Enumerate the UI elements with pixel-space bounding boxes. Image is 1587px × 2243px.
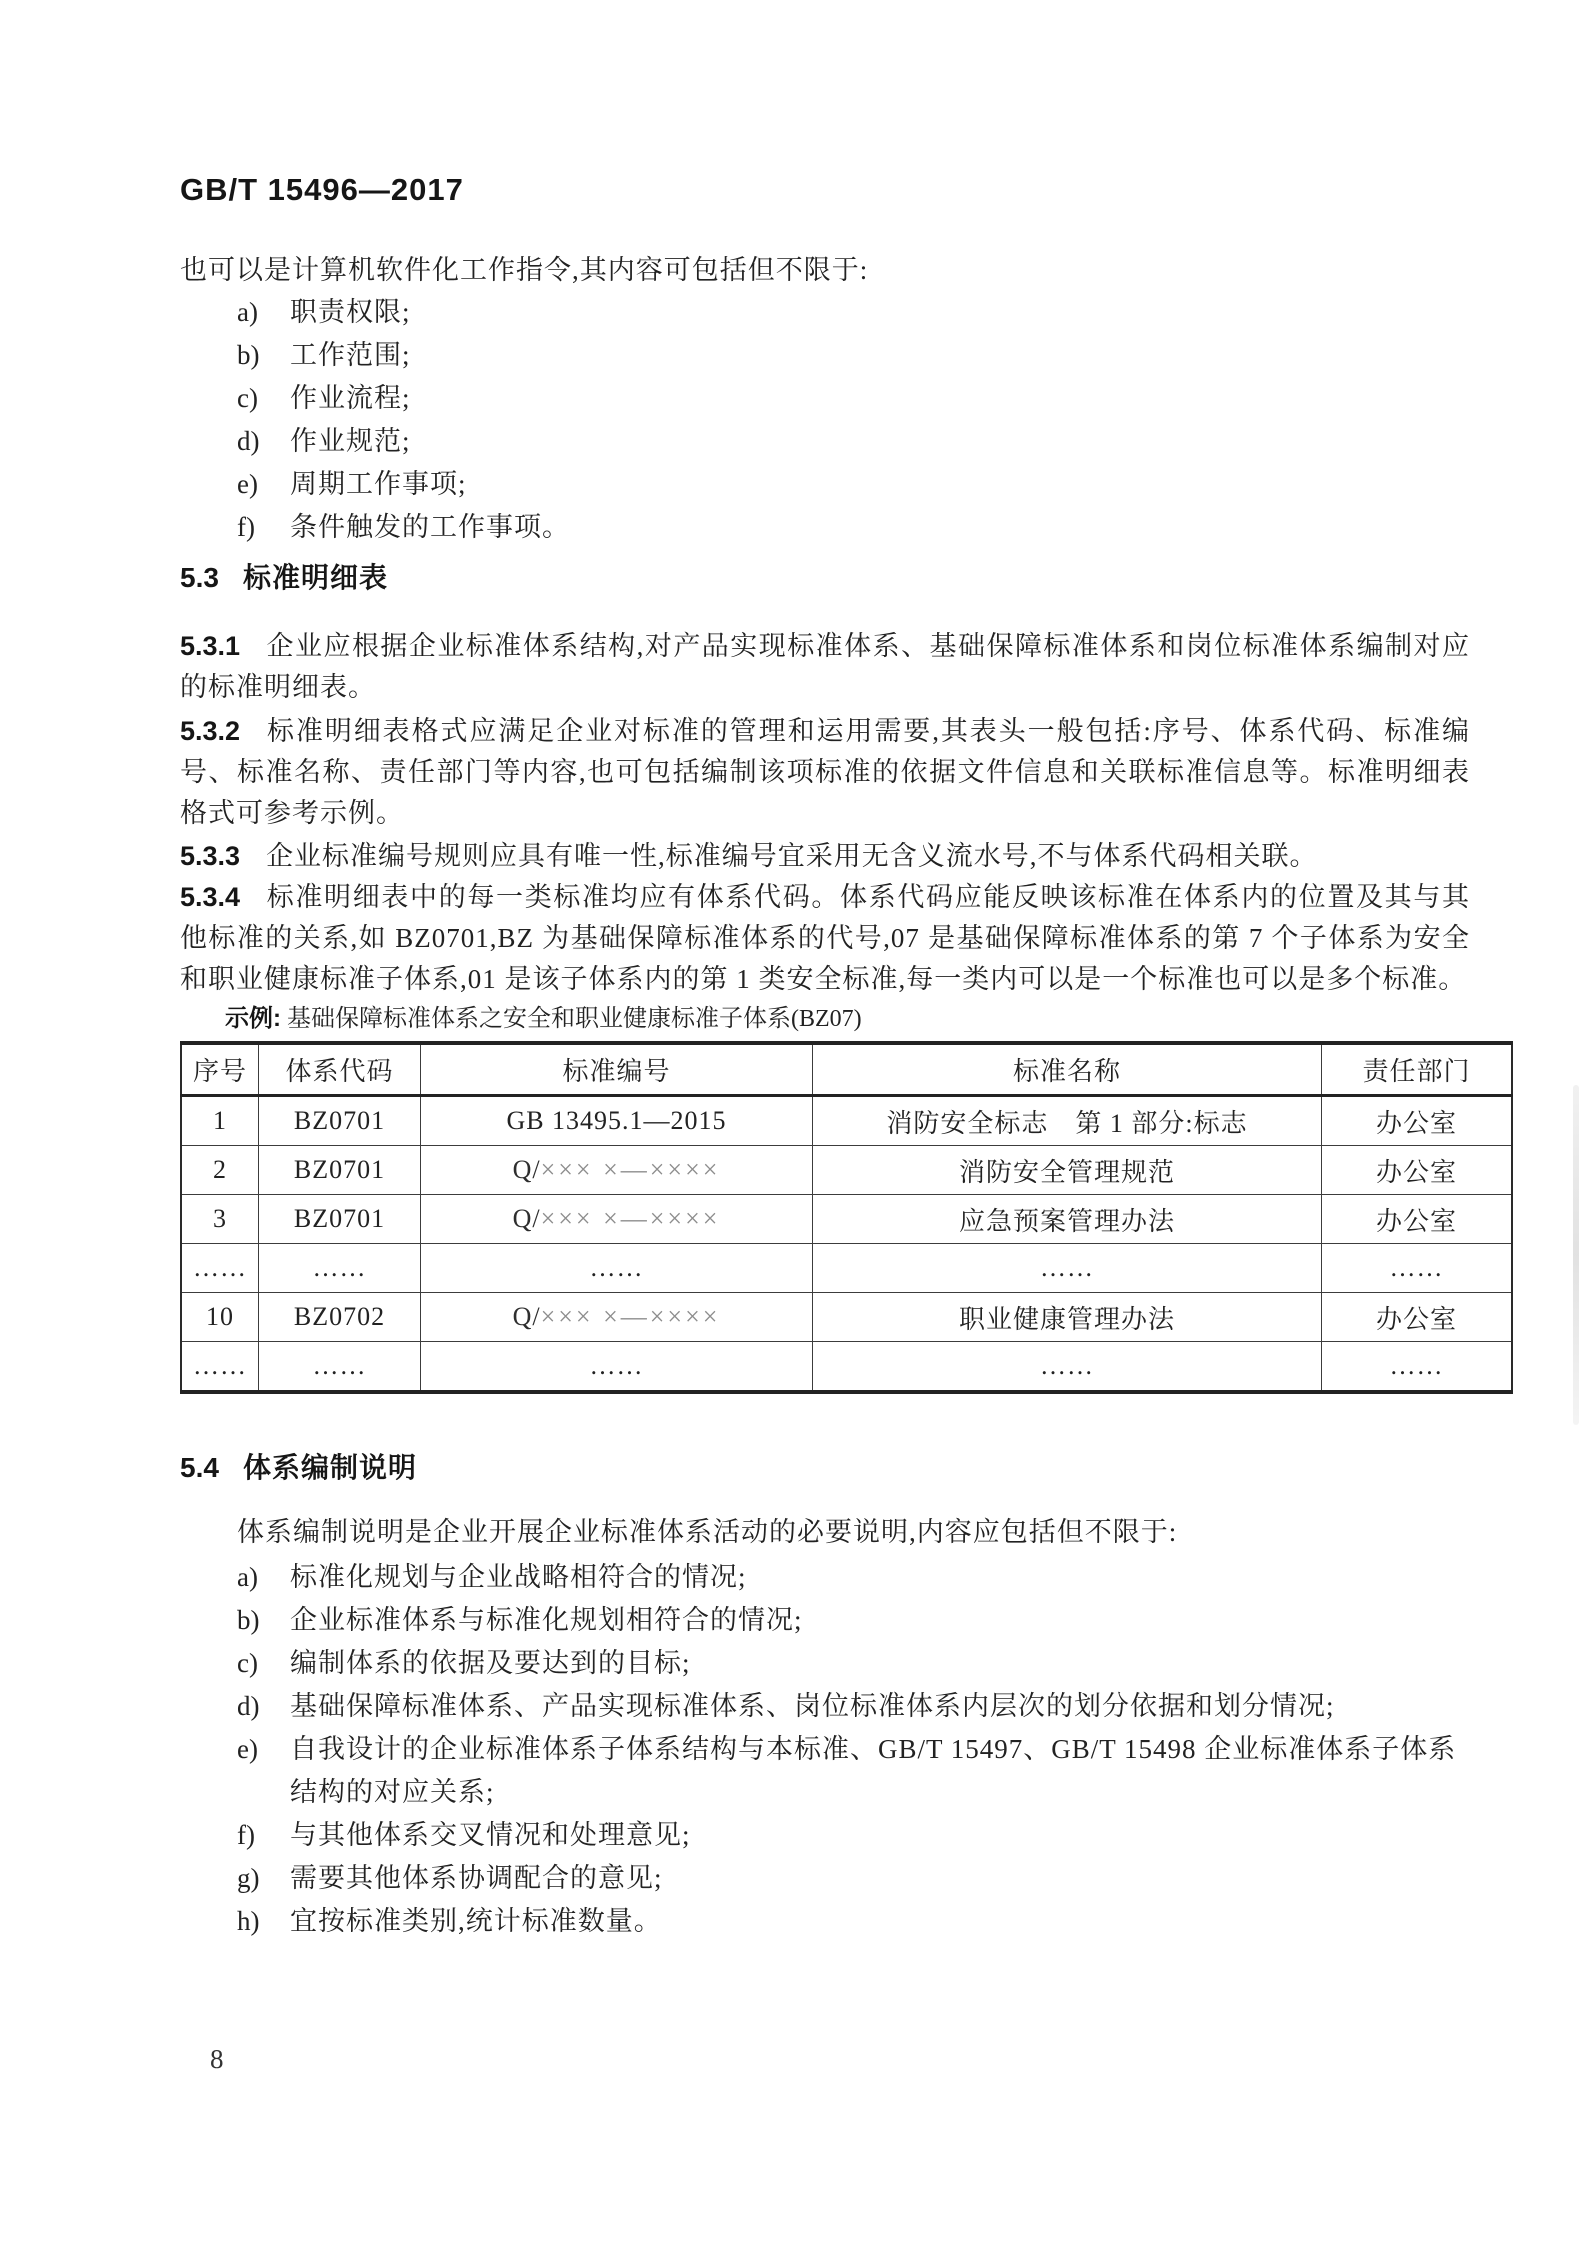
list-item-text: 周期工作事项; [290, 469, 467, 499]
system-description-item: f)与其他体系交叉情况和处理意见; [180, 1814, 1470, 1857]
list-item-text: 标准化规划与企业战略相符合的情况; [290, 1562, 747, 1592]
code-placeholder: ××× ×—×××× [541, 1155, 721, 1184]
section-5-4-intro: 体系编制说明是企业开展企业标准体系活动的必要说明,内容应包括但不限于: [180, 1512, 1470, 1553]
column-header: 标准名称 [813, 1043, 1322, 1096]
list-item-text: 需要其他体系协调配合的意见; [290, 1863, 663, 1893]
work-instruction-item: a)职责权限; [180, 291, 1470, 334]
list-item-label: a) [237, 291, 287, 334]
list-item-label: b) [237, 334, 287, 377]
table-cell: Q/××× ×—×××× [421, 1195, 813, 1244]
list-item-label: d) [237, 420, 287, 463]
list-item-text: 条件触发的工作事项。 [290, 512, 570, 542]
list-item-text: 工作范围; [290, 340, 411, 370]
table-cell: BZ0701 [259, 1195, 421, 1244]
section-5-3-heading: 5.3标准明细表 [180, 562, 1470, 594]
document-page: GB/T 15496—2017 也可以是计算机软件化工作指令,其内容可包括但不限… [0, 0, 1587, 2243]
table-cell: Q/××× ×—×××× [421, 1146, 813, 1195]
example-label: 示例: [225, 1005, 287, 1032]
clause-text: 企业标准编号规则应具有唯一性,标准编号宜采用无含义流水号,不与体系代码相关联。 [266, 841, 1318, 871]
work-instruction-item: e)周期工作事项; [180, 463, 1470, 506]
table-cell: …… [181, 1244, 259, 1293]
system-description-item: d)基础保障标准体系、产品实现标准体系、岗位标准体系内层次的划分依据和划分情况; [180, 1685, 1470, 1728]
list-item-text: 企业标准体系与标准化规划相符合的情况; [290, 1605, 803, 1635]
table-cell: …… [1322, 1342, 1513, 1393]
clause-number: 5.3.2 [180, 716, 266, 746]
table-cell: 3 [181, 1195, 259, 1244]
clause-5-3-3: 5.3.3企业标准编号规则应具有唯一性,标准编号宜采用无含义流水号,不与体系代码… [180, 836, 1470, 877]
clause-number: 5.3.1 [180, 631, 266, 661]
table-cell: 办公室 [1322, 1195, 1513, 1244]
table-cell: …… [421, 1244, 813, 1293]
column-header: 标准编号 [421, 1043, 813, 1096]
list-item-text: 作业流程; [290, 383, 411, 413]
list-item-text: 编制体系的依据及要达到的目标; [290, 1648, 691, 1678]
section-5-4-heading: 5.4体系编制说明 [180, 1452, 1470, 1484]
standard-detail-table: 序号体系代码标准编号标准名称责任部门 1BZ0701GB 13495.1—201… [180, 1041, 1513, 1394]
system-description-list: a)标准化规划与企业战略相符合的情况;b)企业标准体系与标准化规划相符合的情况;… [180, 1556, 1470, 1943]
section-number: 5.4 [180, 1452, 243, 1483]
column-header: 责任部门 [1322, 1043, 1513, 1096]
code-placeholder: ××× ×—×××× [541, 1302, 721, 1331]
system-description-item: g)需要其他体系协调配合的意见; [180, 1857, 1470, 1900]
table-cell: 应急预案管理办法 [813, 1195, 1322, 1244]
code-prefix: Q/ [513, 1155, 541, 1184]
list-item-label: c) [237, 377, 287, 420]
system-description-item: a)标准化规划与企业战略相符合的情况; [180, 1556, 1470, 1599]
list-item-label: g) [237, 1857, 287, 1900]
page-number: 8 [210, 2044, 224, 2074]
list-item-label: a) [237, 1556, 287, 1599]
list-item-text: 与其他体系交叉情况和处理意见; [290, 1820, 691, 1850]
table-cell: …… [181, 1342, 259, 1393]
section-title: 标准明细表 [243, 562, 388, 593]
clause-5-3-4: 5.3.4标准明细表中的每一类标准均应有体系代码。体系代码应能反映该标准在体系内… [180, 877, 1470, 1000]
table-cell: BZ0701 [259, 1096, 421, 1146]
code-prefix: Q/ [513, 1302, 541, 1331]
clause-text: 企业应根据企业标准体系结构,对产品实现标准体系、基础保障标准体系和岗位标准体系编… [180, 631, 1470, 702]
page-content: GB/T 15496—2017 也可以是计算机软件化工作指令,其内容可包括但不限… [180, 0, 1470, 1943]
clause-5-3-2: 5.3.2标准明细表格式应满足企业对标准的管理和运用需要,其表头一般包括:序号、… [180, 711, 1470, 834]
table-header: 序号体系代码标准编号标准名称责任部门 [181, 1043, 1512, 1096]
table-cell: 办公室 [1322, 1293, 1513, 1342]
standard-number-header: GB/T 15496—2017 [180, 174, 1470, 206]
list-item-label: d) [237, 1685, 287, 1728]
list-item-text: 基础保障标准体系、产品实现标准体系、岗位标准体系内层次的划分依据和划分情况; [290, 1691, 1335, 1721]
work-instruction-list: a)职责权限;b)工作范围;c)作业流程;d)作业规范;e)周期工作事项;f)条… [180, 291, 1470, 549]
table-cell: BZ0701 [259, 1146, 421, 1195]
table-row: ………………………… [181, 1342, 1512, 1393]
clause-text: 标准明细表格式应满足企业对标准的管理和运用需要,其表头一般包括:序号、体系代码、… [180, 716, 1470, 828]
table-row: ………………………… [181, 1244, 1512, 1293]
list-item-text: 职责权限; [290, 297, 411, 327]
clause-text: 标准明细表中的每一类标准均应有体系代码。体系代码应能反映该标准在体系内的位置及其… [180, 882, 1470, 994]
table-cell: 1 [181, 1096, 259, 1146]
table-cell: GB 13495.1—2015 [421, 1096, 813, 1146]
table-row: 2BZ0701Q/××× ×—××××消防安全管理规范办公室 [181, 1146, 1512, 1195]
table-row: 10BZ0702Q/××× ×—××××职业健康管理办法办公室 [181, 1293, 1512, 1342]
table-cell: …… [813, 1244, 1322, 1293]
clause-5-3-1: 5.3.1企业应根据企业标准体系结构,对产品实现标准体系、基础保障标准体系和岗位… [180, 626, 1470, 708]
clause-number: 5.3.4 [180, 882, 266, 912]
table-cell: …… [1322, 1244, 1513, 1293]
table-cell: …… [813, 1342, 1322, 1393]
list-item-text: 宜按标准类别,统计标准数量。 [290, 1906, 662, 1936]
table-cell: 2 [181, 1146, 259, 1195]
table-row: 3BZ0701Q/××× ×—××××应急预案管理办法办公室 [181, 1195, 1512, 1244]
table-cell: 消防安全管理规范 [813, 1146, 1322, 1195]
table-cell: 职业健康管理办法 [813, 1293, 1322, 1342]
list-item-label: e) [237, 1728, 287, 1771]
section-number: 5.3 [180, 562, 243, 593]
system-description-item: c)编制体系的依据及要达到的目标; [180, 1642, 1470, 1685]
list-item-label: f) [237, 1814, 287, 1857]
list-item-label: f) [237, 506, 287, 549]
work-instruction-item: d)作业规范; [180, 420, 1470, 463]
table-cell: Q/××× ×—×××× [421, 1293, 813, 1342]
code-prefix: Q/ [513, 1204, 541, 1233]
list-item-text: 作业规范; [290, 426, 411, 456]
example-text: 基础保障标准体系之安全和职业健康标准子体系(BZ07) [287, 1006, 862, 1032]
system-description-item: e)自我设计的企业标准体系子体系结构与本标准、GB/T 15497、GB/T 1… [180, 1728, 1470, 1814]
work-instruction-item: f)条件触发的工作事项。 [180, 506, 1470, 549]
table-cell: 10 [181, 1293, 259, 1342]
list-item-label: h) [237, 1900, 287, 1943]
list-item-text: 自我设计的企业标准体系子体系结构与本标准、GB/T 15497、GB/T 154… [290, 1734, 1456, 1807]
code-placeholder: ××× ×—×××× [541, 1204, 721, 1233]
clause-number: 5.3.3 [180, 841, 266, 871]
list-item-label: b) [237, 1599, 287, 1642]
intro-paragraph: 也可以是计算机软件化工作指令,其内容可包括但不限于: [180, 250, 1470, 291]
column-header: 体系代码 [259, 1043, 421, 1096]
table-cell: 办公室 [1322, 1096, 1513, 1146]
table-row: 1BZ0701GB 13495.1—2015消防安全标志 第 1 部分:标志办公… [181, 1096, 1512, 1146]
example-caption: 示例:基础保障标准体系之安全和职业健康标准子体系(BZ07) [225, 1004, 1470, 1034]
table-cell: BZ0702 [259, 1293, 421, 1342]
table-cell: …… [259, 1244, 421, 1293]
scan-artifact [1573, 1085, 1579, 1425]
system-description-item: b)企业标准体系与标准化规划相符合的情况; [180, 1599, 1470, 1642]
work-instruction-item: c)作业流程; [180, 377, 1470, 420]
column-header: 序号 [181, 1043, 259, 1096]
table-cell: …… [421, 1342, 813, 1393]
list-item-label: c) [237, 1642, 287, 1685]
section-title: 体系编制说明 [243, 1452, 417, 1483]
list-item-label: e) [237, 463, 287, 506]
system-description-item: h)宜按标准类别,统计标准数量。 [180, 1900, 1470, 1943]
table-cell: 办公室 [1322, 1146, 1513, 1195]
table-cell: …… [259, 1342, 421, 1393]
table-cell: 消防安全标志 第 1 部分:标志 [813, 1096, 1322, 1146]
work-instruction-item: b)工作范围; [180, 334, 1470, 377]
